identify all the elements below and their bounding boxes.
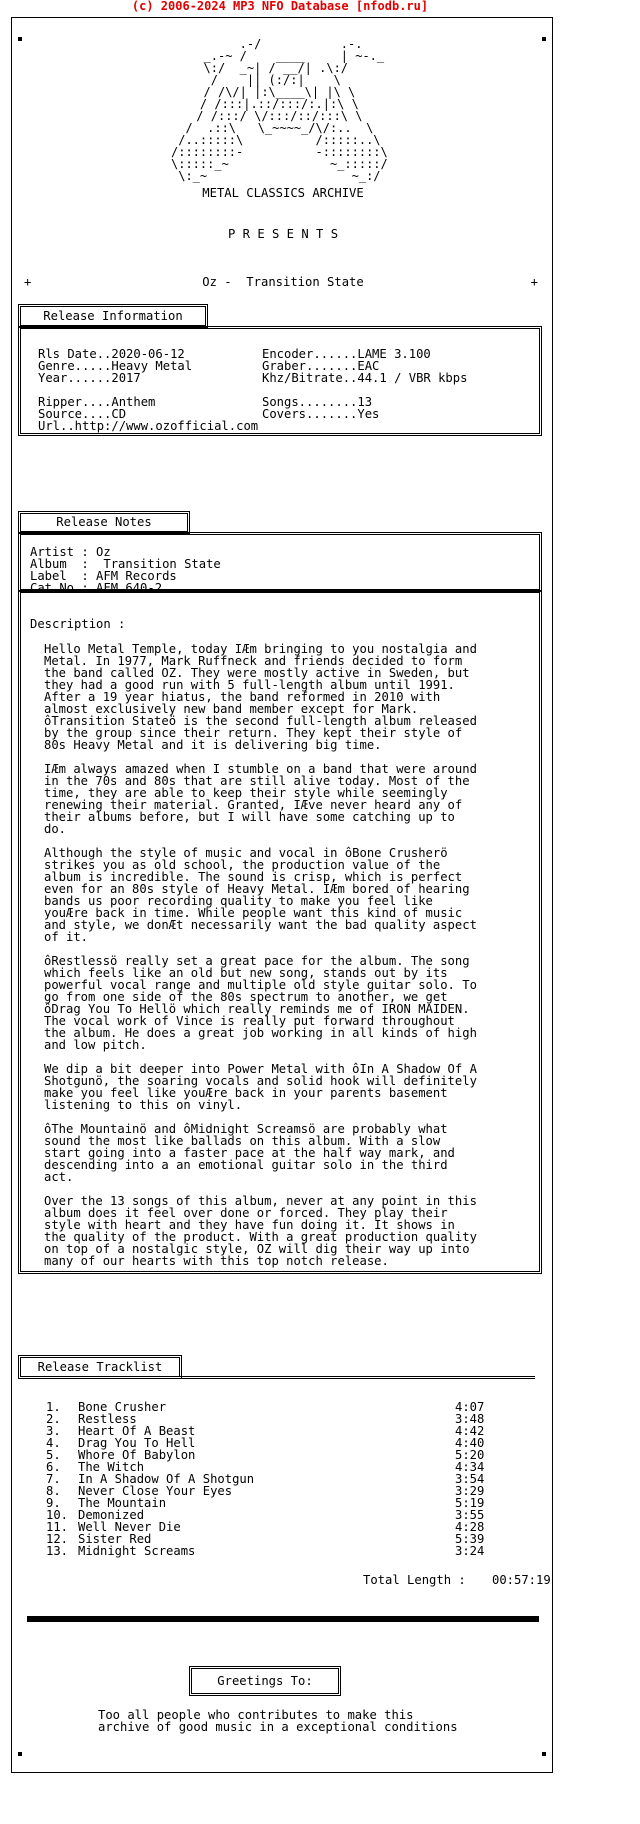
description-paragraph: We dip a bit deeper into Power Metal wit… — [44, 1063, 477, 1111]
track-list: 1.Bone Crusher4:072.Restless3:483.Heart … — [46, 1401, 526, 1557]
release-title: Oz - Transition State — [12, 276, 554, 288]
section-divider-bar — [27, 1616, 539, 1622]
corner-dot-icon — [542, 1752, 546, 1756]
tracklist-tab-label: Release Tracklist — [38, 1360, 163, 1374]
description-label: Description : — [30, 618, 125, 630]
info-field: Covers.......Yes — [262, 408, 467, 420]
greetings-box: Greetings To: — [189, 1666, 341, 1696]
track-number: 13. — [46, 1545, 68, 1557]
release-notes-tab-label: Release Notes — [56, 515, 151, 529]
corner-dot-icon — [18, 1752, 22, 1756]
copyright-credit: (c) 2006-2024 MP3 NFO Database [nfodb.ru… — [0, 0, 560, 13]
info-field: Url..http://www.ozofficial.com — [38, 420, 258, 432]
description-paragraph: ôThe Mountainö and ôMidnight Screamsö ar… — [44, 1123, 477, 1183]
track-title: Midnight Screams — [78, 1545, 195, 1557]
release-notes-tab: Release Notes — [18, 511, 190, 534]
presents-heading: P R E S E N T S — [12, 228, 554, 240]
description-paragraph: Over the 13 songs of this album, never a… — [44, 1195, 477, 1267]
tracklist-tab: Release Tracklist — [18, 1355, 182, 1379]
release-info-left-column: Rls Date..2020-06-12Genre.....Heavy Meta… — [38, 348, 258, 432]
description-paragraph: IÆm always amazed when I stumble on a ba… — [44, 763, 477, 835]
track-length: 3:24 — [455, 1545, 484, 1557]
info-field: Khz/Bitrate..44.1 / VBR kbps — [262, 372, 467, 384]
release-notes-meta: Artist : OzAlbum : Transition StateLabel… — [30, 546, 221, 594]
greetings-label: Greetings To: — [217, 1674, 312, 1688]
greetings-text: Too all people who contributes to make t… — [98, 1709, 458, 1733]
description-text: Hello Metal Temple, today IÆm bringing t… — [44, 643, 477, 1279]
description-paragraph: ôRestlessö really set a great pace for t… — [44, 955, 477, 1051]
info-field: Year......2017 — [38, 372, 258, 384]
track-row: 13.Midnight Screams3:24 — [46, 1545, 526, 1557]
total-length-label: Total Length : — [363, 1574, 466, 1586]
release-information-tab: Release Information — [18, 304, 208, 328]
nfo-frame: .-/ .-. _.-~ / ____ | ~-._ \:/ _~| / __/… — [11, 17, 553, 1773]
total-length-value: 00:57:19 — [492, 1574, 551, 1586]
logo-caption: METAL CLASSICS ARCHIVE — [12, 187, 554, 199]
release-information-tab-label: Release Information — [43, 309, 182, 323]
tracklist-divider — [179, 1376, 535, 1379]
description-paragraph: Although the style of music and vocal in… — [44, 847, 477, 943]
title-right-marker: + — [531, 276, 538, 288]
description-paragraph: Hello Metal Temple, today IÆm bringing t… — [44, 643, 477, 751]
ascii-logo-art: .-/ .-. _.-~ / ____ | ~-._ \:/ _~| / __/… — [12, 38, 554, 182]
release-info-right-column: Encoder......LAME 3.100Graber.......EACK… — [262, 348, 467, 420]
